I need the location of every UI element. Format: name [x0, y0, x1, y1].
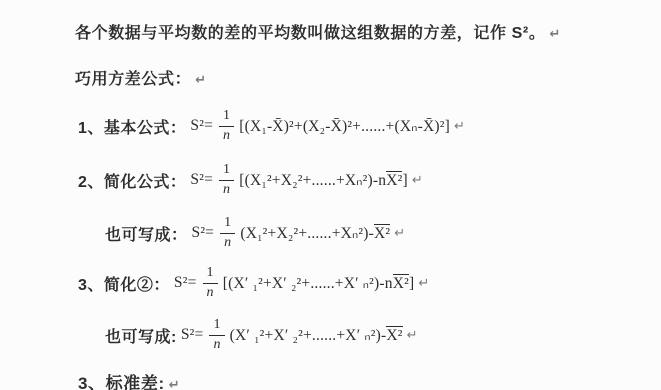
overline-term: X² [374, 224, 390, 242]
overline-term: X² [386, 326, 402, 344]
formula-body: [(X₁²+X₂²+......+Xₙ²)-nX²] [239, 171, 408, 190]
document-page: 各个数据与平均数的差的平均数叫做这组数据的方差，记作 S²。↵ 巧用方差公式：↵… [0, 0, 661, 390]
fraction-denominator: n [224, 234, 231, 251]
formula-label: 也可写成: [105, 324, 177, 347]
formula-row-simplified-2: 3、简化②： S²= 1n [(X′ ₁²+X′ ₂²+......+X′ ₙ²… [78, 260, 429, 306]
fraction: 1n [209, 317, 224, 352]
formula-row-basic: 1、基本公式： S²= 1n [(X₁-X̄)²+(X₂-X̄)²+......… [78, 103, 465, 149]
paragraph-mark: ↵ [394, 226, 405, 241]
formula-body-pre: (X′ ₁²+X′ ₂²+......+X′ ₙ²)- [230, 327, 387, 344]
formula-label: 1、基本公式： [78, 115, 186, 138]
formula-label: 2、简化公式： [78, 169, 186, 192]
intro-paragraph: 各个数据与平均数的差的平均数叫做这组数据的方差，记作 S²。↵ [75, 20, 561, 43]
formula-body: (X′ ₁²+X′ ₂²+......+X′ ₙ²)-X² [230, 326, 403, 345]
formula-body-pre: [(X′ ₁²+X′ ₂²+......+X′ ₙ²)-n [223, 275, 393, 292]
paragraph-mark: ↵ [418, 276, 429, 291]
intro-text: 各个数据与平均数的差的平均数叫做这组数据的方差，记作 S²。 [75, 25, 545, 42]
fraction-numerator: 1 [209, 317, 224, 335]
paragraph-mark: ↵ [169, 378, 181, 390]
fraction-numerator: 1 [220, 215, 235, 233]
formula-body: [(X₁-X̄)²+(X₂-X̄)²+......+(Xₙ-X̄)²] [239, 117, 450, 136]
formula-body: [(X′ ₁²+X′ ₂²+......+X′ ₙ²)-nX²] [223, 274, 415, 293]
overline-term: X² [386, 171, 402, 189]
paragraph-mark: ↵ [454, 119, 465, 134]
formula-row-simplified: 2、简化公式： S²= 1n [(X₁²+X₂²+......+Xₙ²)-nX²… [78, 157, 423, 203]
fraction-denominator: n [223, 127, 230, 144]
fraction-numerator: 1 [219, 162, 234, 180]
paragraph-mark: ↵ [412, 173, 423, 188]
s-squared-lhs: S²= [190, 117, 213, 135]
fraction-denominator: n [207, 284, 214, 301]
paragraph-mark: ↵ [407, 328, 418, 343]
fraction: 1n [219, 108, 234, 143]
s-squared-lhs: S²= [181, 326, 204, 344]
formula-body: (X₁²+X₂²+......+Xₙ²)-X² [240, 224, 390, 243]
formula-row-alt-2: 也可写成: S²= 1n (X′ ₁²+X′ ₂²+......+X′ ₙ²)-… [105, 312, 418, 358]
formula-row-alt-1: 也可写成： S²= 1n (X₁²+X₂²+......+Xₙ²)-X² ↵ [105, 210, 405, 256]
paragraph-mark: ↵ [549, 27, 561, 42]
formula-label: 3、简化②： [78, 272, 170, 295]
formula-label: 也可写成： [105, 222, 188, 245]
fraction: 1n [203, 265, 218, 300]
fraction: 1n [220, 215, 235, 250]
fraction: 1n [219, 162, 234, 197]
fraction-denominator: n [213, 336, 220, 353]
fraction-numerator: 1 [219, 108, 234, 126]
formula-body-pre: (X₁²+X₂²+......+Xₙ²)- [240, 225, 374, 242]
footer-heading-text: 3、标准差: [78, 374, 165, 390]
overline-term: X² [393, 274, 409, 292]
s-squared-lhs: S²= [190, 171, 213, 189]
fraction-numerator: 1 [203, 265, 218, 283]
formula-body-pre: [(X₁²+X₂²+......+Xₙ²)-n [239, 172, 386, 189]
fraction-denominator: n [223, 181, 230, 198]
s-squared-lhs: S²= [174, 274, 197, 292]
section-title: 巧用方差公式：↵ [75, 66, 207, 89]
paragraph-mark: ↵ [195, 73, 207, 88]
formula-body-pre: [(X₁-X̄)²+(X₂-X̄)²+......+(Xₙ-X̄)²] [239, 118, 450, 135]
formula-body-post: ] [402, 172, 407, 189]
footer-heading: 3、标准差:↵ [78, 369, 180, 390]
section-title-text: 巧用方差公式： [75, 71, 191, 88]
s-squared-lhs: S²= [192, 224, 215, 242]
formula-body-post: ] [409, 275, 414, 292]
